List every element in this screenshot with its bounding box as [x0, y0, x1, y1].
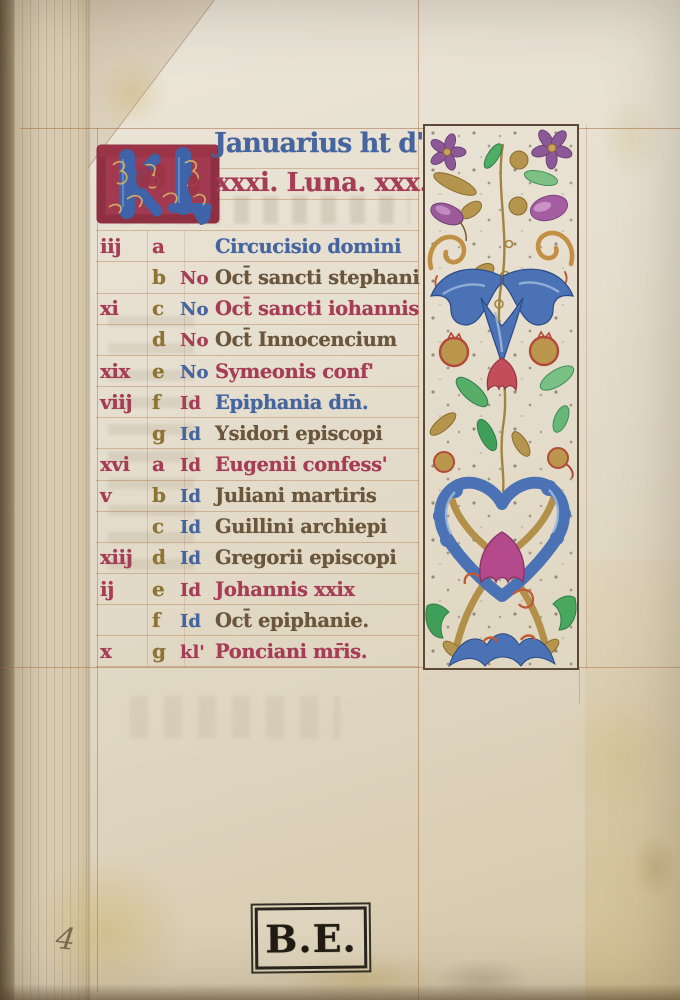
trumpet-flower-magenta — [527, 191, 570, 225]
roman-date-abbrev: Id — [180, 419, 215, 450]
golden-number: viij — [100, 387, 152, 418]
green-leaf — [452, 373, 492, 412]
owner-stamp: B.E. — [251, 902, 372, 973]
golden-number: ij — [100, 574, 152, 605]
gold-leaf — [427, 409, 459, 439]
roman-date-abbrev: kl' — [180, 637, 215, 668]
periwinkle-flower-icon — [530, 128, 573, 170]
pomegranate-icon — [548, 448, 573, 478]
dominical-letter: f — [152, 605, 180, 636]
dominical-letter: g — [152, 636, 180, 667]
calendar-row: g Id Ysidori episcopi — [100, 418, 422, 449]
dominical-letter: g — [152, 418, 180, 449]
golden-number: xi — [100, 293, 152, 324]
calendar-row: c Id Guillini archiepi — [100, 511, 422, 542]
owner-stamp-text: B.E. — [265, 915, 357, 961]
calendar-row: x g kl' Ponciani mr̄is. — [100, 636, 422, 667]
golden-number: xix — [100, 356, 152, 387]
owner-stamp-frame: B.E. — [255, 906, 368, 969]
feast-entry: Oct̄ Innocencium — [215, 324, 422, 355]
dominical-letter: b — [152, 480, 180, 511]
central-stem — [499, 144, 505, 492]
green-hook-leaf — [426, 604, 449, 638]
golden-number: xiij — [100, 542, 152, 573]
green-leaf — [473, 417, 500, 454]
calendar-row: xiij d Id Gregorii episcopi — [100, 542, 422, 573]
calendar-row: v b Id Juliani martiris — [100, 480, 422, 511]
calendar-row: d No Oct̄ Innocencium — [100, 324, 422, 355]
roman-date-abbrev: No — [180, 357, 215, 388]
dominical-letter: e — [152, 356, 180, 387]
pomegranate-icon — [440, 333, 468, 366]
calendar-row: xvi a Id Eugenii confess' — [100, 449, 422, 480]
dominical-letter: a — [152, 449, 180, 480]
feast-entry: Gregorii episcopi — [215, 542, 422, 573]
dominical-letter: e — [152, 574, 180, 605]
gold-bud — [509, 197, 527, 215]
pomegranate-icon — [530, 332, 558, 365]
pomegranate-icon — [434, 452, 454, 472]
kl-monogram — [97, 141, 219, 229]
calendar-row: ij e Id Johannis xxix — [100, 574, 422, 605]
dominical-letter: c — [152, 511, 180, 542]
dominical-letter: a — [152, 231, 180, 262]
feast-entry: Guillini archiepi — [215, 511, 422, 542]
calendar-row: xix e No Symeonis conf' — [100, 356, 422, 387]
gold-acanthus-curl — [430, 233, 572, 268]
gold-leaf — [431, 168, 479, 199]
calendar-table: iij a Circucisio domini b No Oct̄ sancti… — [100, 231, 422, 667]
green-hook-leaf — [553, 596, 576, 630]
dominical-letter: b — [152, 262, 180, 293]
golden-number: iij — [100, 231, 152, 262]
feast-entry: Johannis xxix — [215, 574, 422, 605]
gold-bud — [510, 151, 528, 169]
floral-panel-art — [425, 126, 577, 668]
feast-entry: Ysidori episcopi — [215, 418, 422, 449]
roman-date-abbrev: Id — [180, 575, 215, 606]
feast-entry: Oct̄ sancti stephani — [215, 262, 422, 293]
parchment-yellowing — [585, 560, 680, 1000]
blue-bottom-fringe — [449, 634, 555, 666]
dominical-letter: f — [152, 387, 180, 418]
tulip-magenta — [480, 532, 524, 582]
calendar-row: f Id Oct̄ epiphanie. — [100, 605, 422, 636]
feast-entry: Juliani martiris — [215, 480, 422, 511]
manuscript-page-photo: Januarius ht d'. xxxi. Luna. xxx. iij a … — [0, 0, 680, 1000]
roman-date-abbrev: Id — [180, 450, 215, 481]
feast-entry: Oct̄ sancti iohannis — [215, 293, 422, 324]
calendar-row: iij a Circucisio domini — [100, 231, 422, 262]
tulip-red — [487, 358, 516, 390]
book-binding-edge — [0, 0, 14, 1000]
dominical-letter: c — [152, 293, 180, 324]
feast-entry: Eugenii confess' — [215, 449, 422, 480]
roman-date-abbrev: Id — [180, 481, 215, 512]
gold-leaf — [508, 429, 533, 459]
roman-date-abbrev: Id — [180, 606, 215, 637]
roman-date-abbrev: No — [180, 325, 215, 356]
feast-entry: Circucisio domini — [215, 231, 422, 262]
green-leaf — [550, 404, 573, 435]
feast-entry: Epiphania dm̄. — [215, 387, 422, 418]
calendar-row: b No Oct̄ sancti stephani — [100, 262, 422, 293]
page-fore-edges — [14, 0, 90, 1000]
calendar-row: xi c No Oct̄ sancti iohannis — [100, 293, 422, 324]
feast-entry: Symeonis conf' — [215, 356, 422, 387]
golden-number: xvi — [100, 449, 152, 480]
roman-date-abbrev: Id — [180, 512, 215, 543]
roman-date-abbrev: Id — [180, 388, 215, 419]
roman-date-abbrev: No — [180, 294, 215, 325]
periwinkle-flower-icon — [429, 132, 466, 171]
dominical-letter: d — [152, 542, 180, 573]
green-leaf — [523, 168, 559, 189]
feast-entry: Oct̄ epiphanie. — [215, 605, 422, 636]
golden-number: x — [100, 636, 152, 667]
green-leaf — [537, 361, 578, 395]
roman-date-abbrev: Id — [180, 543, 215, 574]
calendar-row: viij f Id Epiphania dm̄. — [100, 387, 422, 418]
month-header: Januarius ht d'. — [214, 128, 432, 159]
feast-entry: Ponciani mr̄is. — [215, 636, 422, 667]
dominical-letter: d — [152, 324, 180, 355]
kl-monogram-art — [97, 141, 219, 229]
luna-header: xxxi. Luna. xxx. — [215, 168, 428, 198]
roman-date-abbrev: No — [180, 263, 215, 294]
golden-number: v — [100, 480, 152, 511]
page-bottom-edge — [0, 984, 680, 1000]
floral-border-panel — [423, 124, 579, 670]
